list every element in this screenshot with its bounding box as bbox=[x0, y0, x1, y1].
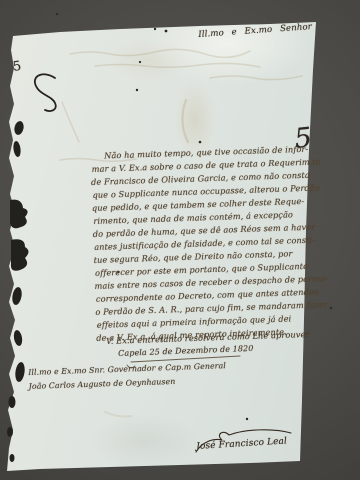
letter-body: Não ha muito tempo, que tive occasião de… bbox=[90, 143, 322, 345]
photographed-letter-scan: Ill.mo e Ex.mo Senhor 5 5 Não ha muito t… bbox=[0, 0, 360, 480]
